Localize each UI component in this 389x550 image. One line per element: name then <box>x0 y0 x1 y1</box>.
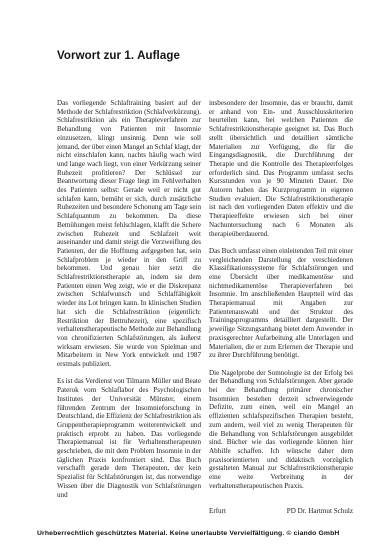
right-column: insbesondere der Insomnie, das er brauch… <box>209 99 353 516</box>
signature-line: Erfurt PD Dr. Hartmut Schulz <box>209 507 353 516</box>
paragraph: insbesondere der Insomnie, das er brauch… <box>209 99 353 238</box>
paragraph: Das Buch umfasst einen einleitenden Teil… <box>209 247 353 360</box>
paragraph: Die Nagelprobe der Somnologie ist der Er… <box>209 369 353 491</box>
paragraph: Das vorliegende Schlaftraining basiert a… <box>57 99 201 369</box>
signature-author: PD Dr. Hartmut Schulz <box>287 507 353 516</box>
signature-place: Erfurt <box>209 507 226 516</box>
page-title: Vorwort zur 1. Auflage <box>57 50 180 62</box>
paragraph: Es ist das Verdienst von Tilmann Müller … <box>57 377 201 499</box>
copyright-watermark: Urheberrechtlich geschütztes Material. K… <box>37 530 339 537</box>
text-columns: Das vorliegende Schlaftraining basiert a… <box>57 99 353 516</box>
left-column: Das vorliegende Schlaftraining basiert a… <box>57 99 201 516</box>
